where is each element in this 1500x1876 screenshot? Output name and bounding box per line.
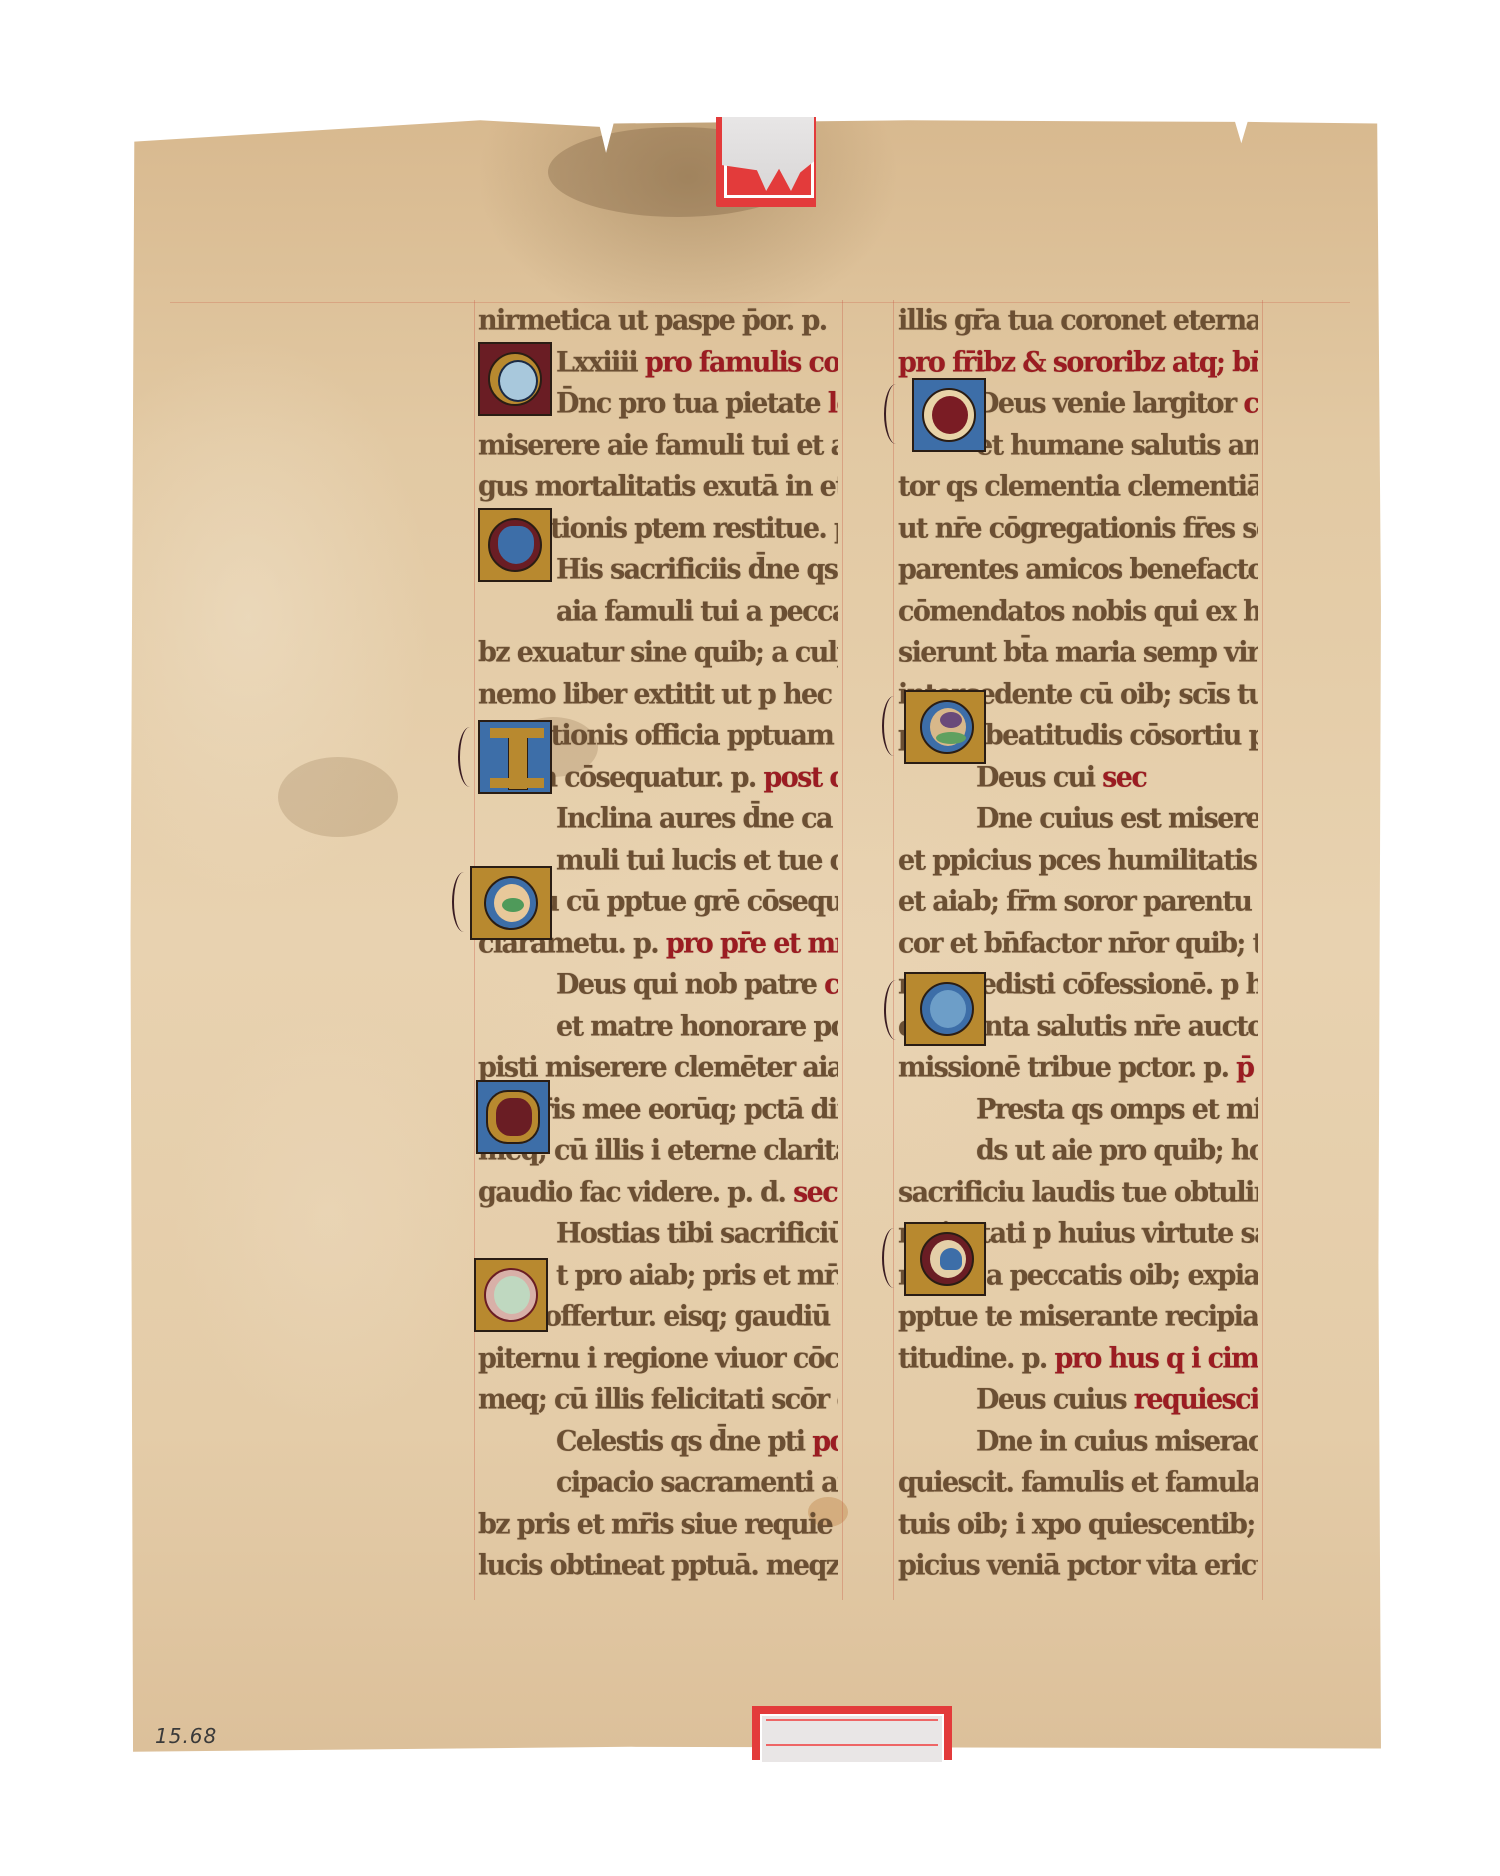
text-line: miserere aie famuli tui et a cota: [478, 423, 838, 467]
text-line-body: Deus cui: [976, 761, 1102, 794]
text-line-body: piternu i regione viuor cōcede: [478, 1342, 838, 1375]
text-line-body: t pro aiab; pris et mr̄is: [556, 1259, 838, 1292]
text-line: illis gr̄a tua coronet eterna. p. d.: [898, 299, 1258, 343]
text-line-body: titudine. p.: [898, 1342, 1054, 1375]
text-line-body: cipacio sacramenti aia: [556, 1466, 838, 1499]
text-line-body: Deus qui nob patre: [556, 968, 824, 1001]
text-line: meq; cū illis felicitati scōr cōiuge: [478, 1378, 838, 1422]
text-column-right: illis gr̄a tua coronet eterna. p. d.pro …: [898, 300, 1258, 1587]
illuminated-initial-i: [478, 720, 552, 794]
text-line-body: Dne in cuius miseracie aie fideliu re: [976, 1425, 1258, 1458]
ruling-line: [474, 300, 475, 1600]
text-line-body: aia famuli tui a peccatis: [556, 595, 838, 628]
rubric: requiescit. coll: [1134, 1383, 1258, 1416]
text-line-body: pisti miserere clemēter aiab; pris: [478, 1051, 838, 1084]
text-line-body: picius veniā pctor vita ericust: [898, 1549, 1258, 1582]
rubric: p̄ co: [1236, 1051, 1258, 1084]
text-line-body: illis gr̄a tua coronet eterna. p. d.: [898, 304, 1258, 337]
rubric: pro famulis col: [645, 346, 838, 379]
rubric: pco: [812, 1425, 838, 1458]
ruling-line: [842, 300, 843, 1600]
text-line: tor qs clementia clementiā tuam: [898, 465, 1258, 509]
text-line-body: Celestis qs d̄ne pti: [556, 1425, 812, 1458]
text-line: et ppicius pces humilitatis nr̄e: [898, 838, 1258, 882]
penwork-spray: [882, 1228, 906, 1288]
text-line: missionē tribue pctor. p. p̄ co: [898, 1046, 1258, 1090]
illuminated-initial-c: [474, 1258, 548, 1332]
text-line: ut nr̄e cōgregationis fr̄es sorores: [898, 506, 1258, 550]
penwork-spray: [458, 727, 482, 787]
text-line-body: Deus venie largitor: [976, 387, 1243, 420]
text-column-left: nirmetica ut paspe p̄or. p.Lxxiiii pro f…: [478, 300, 838, 1587]
illuminated-initial-h: [476, 1080, 550, 1154]
penwork-spray: [452, 872, 476, 932]
text-line-body: sacrificiu laudis tue obtulim: [898, 1176, 1258, 1209]
rubric: secta: [793, 1176, 838, 1209]
rubric: lca: [828, 387, 838, 420]
text-line: Celestis qs d̄ne pti pco: [478, 1419, 838, 1463]
text-line: gus mortalitatis exutā in eter: [478, 465, 838, 509]
text-line-body: meq; cū illis felicitati scōr cōiuge: [478, 1383, 838, 1416]
text-line-body: ds ut aie pro quib; hoc: [976, 1134, 1258, 1167]
text-line-body: nirmetica ut paspe p̄or. p.: [478, 304, 827, 337]
illuminated-initial-d: [904, 1222, 986, 1296]
rubric: collecta: [824, 968, 838, 1001]
illuminated-initial-d: [470, 866, 552, 940]
text-line-body: et humane salutis amator: [976, 429, 1258, 462]
top-label: [716, 117, 816, 207]
text-line: bz exuatur sine quib; a culpa: [478, 631, 838, 675]
text-line-body: His sacrificiis d̄ne qs: [556, 553, 838, 586]
text-line: nemo liber extitit ut p hec pie: [478, 672, 838, 716]
bottom-label: [752, 1706, 952, 1760]
text-line-body: lucis obtineat pptuā. meqz cū: [478, 1549, 838, 1582]
rubric: pro pr̄e et mr̄e: [666, 927, 838, 960]
text-line: Dne in cuius miseracie aie fideliu re: [898, 1419, 1258, 1463]
text-line-body: ut nr̄e cōgregationis fr̄es sorores: [898, 512, 1258, 545]
text-line-body: parentes amicos benefactores nr̄: [898, 553, 1258, 586]
text-line: et aiab; fr̄m soror parentu amī: [898, 880, 1258, 924]
text-line-body: gaudio fac videre. p. d.: [478, 1176, 793, 1209]
text-line-body: Hostias tibi sacrificiū d̄ne qd: [556, 1217, 838, 1250]
illuminated-initial-h: [478, 508, 552, 582]
ruling-line: [893, 300, 894, 1600]
text-line-body: bz exuatur sine quib; a culpa: [478, 636, 838, 669]
text-line: Dne cuius est miserer semp: [898, 797, 1258, 841]
text-line-body: tuis oib; i xpo quiescentib; da p: [898, 1508, 1258, 1541]
text-line-body: Presta qs omps et miser cors: [976, 1093, 1258, 1126]
text-line-body: quiescit. famulis et famulabus: [898, 1466, 1258, 1499]
text-line-body: missionē tribue pctor. p.: [898, 1051, 1236, 1084]
text-line: ds ut aie pro quib; hoc: [898, 1129, 1258, 1173]
text-line: parentes amicos benefactores nr̄: [898, 548, 1258, 592]
text-line-body: nemo liber extitit ut p hec pie: [478, 678, 838, 711]
illuminated-initial-d: [904, 690, 986, 764]
text-line-body: et aiab; fr̄m soror parentu amī: [898, 885, 1258, 918]
text-line-body: miserere aie famuli tui et a cota: [478, 429, 838, 462]
rubric: post co: [763, 761, 838, 794]
text-line: cor et bn̄factor nr̄or quib; tu: [898, 921, 1258, 965]
text-line: cipacio sacramenti aia: [478, 1461, 838, 1505]
penwork-spray: [882, 696, 906, 756]
penwork-spray: [884, 384, 908, 444]
text-line-body: et ppicius pces humilitatis nr̄e: [898, 844, 1258, 877]
text-line: sacrificiu laudis tue obtulim: [898, 1170, 1258, 1214]
text-line-body: Deus cuius: [976, 1383, 1134, 1416]
text-line-body: gus mortalitatis exutā in eter: [478, 470, 838, 503]
text-line: sierunt bt̄a maria semp virgine: [898, 631, 1258, 675]
text-line-body: Inclina aures d̄ne ca fa: [556, 802, 838, 835]
text-line-body: muli tui lucis et tue cō: [556, 844, 838, 877]
text-line-body: sierunt bt̄a maria semp virgine: [898, 636, 1258, 669]
text-line: aia famuli tui a peccatis: [478, 589, 838, 633]
text-line: bz pris et mr̄is siue requie: [478, 1502, 838, 1546]
illuminated-initial-q: [478, 342, 552, 416]
text-line-body: cōmendatos nobis qui ex hoc sclo tra: [898, 595, 1258, 628]
text-line-body: bz pris et mr̄is siue requie: [478, 1508, 832, 1541]
text-line-body: Lxxiiii: [556, 346, 645, 379]
text-line-body: cor et bn̄factor nr̄or quib; tu: [898, 927, 1258, 960]
text-line: picius veniā pctor vita ericust: [898, 1544, 1258, 1588]
text-line: piternu i regione viuor cōcede: [478, 1336, 838, 1380]
stain: [278, 757, 398, 837]
text-line: nirmetica ut paspe p̄or. p.: [478, 299, 838, 343]
text-line: quiescit. famulis et famulabus: [898, 1461, 1258, 1505]
inventory-number: 15.68: [155, 1724, 217, 1748]
text-line-body: et matre honorare pce: [556, 1010, 838, 1043]
rubric: pro hus q i cimitio: [1054, 1342, 1258, 1375]
text-line: pptue te miserante recipiat bea: [898, 1295, 1258, 1339]
text-line: et matre honorare pce: [478, 1004, 838, 1048]
text-line-body: pptue te miserante recipiat bea: [898, 1300, 1258, 1333]
text-line: Deus cuius requiescit. coll: [898, 1378, 1258, 1422]
text-line: cōmendatos nobis qui ex hoc sclo tra: [898, 589, 1258, 633]
text-line: lucis obtineat pptuā. meqz cū: [478, 1544, 838, 1588]
text-line-body: D̄nc pro tua pietate: [556, 387, 828, 420]
rubric: sec: [1102, 761, 1146, 794]
text-line: Inclina aures d̄ne ca fa: [478, 797, 838, 841]
penwork-spray: [884, 980, 908, 1040]
rubric: col: [1243, 387, 1258, 420]
text-line: Presta qs omps et miser cors: [898, 1087, 1258, 1131]
illuminated-initial-d: [912, 378, 986, 452]
illuminated-initial-p: [904, 972, 986, 1046]
text-line: gaudio fac videre. p. d. secta: [478, 1170, 838, 1214]
text-line: Hostias tibi sacrificiū d̄ne qd: [478, 1212, 838, 1256]
text-line-body: tor qs clementia clementiā tuam: [898, 470, 1258, 503]
text-line: tuis oib; i xpo quiescentib; da p: [898, 1502, 1258, 1546]
text-line: titudine. p. pro hus q i cimitio: [898, 1336, 1258, 1380]
text-line-body: Dne cuius est miserer semp: [976, 802, 1258, 835]
rubric: pro fr̄ibz & sororibz atq; bn̄factoribz: [898, 346, 1258, 379]
text-line: Deus qui nob patre collecta: [478, 963, 838, 1007]
ruling-line: [1262, 300, 1263, 1600]
